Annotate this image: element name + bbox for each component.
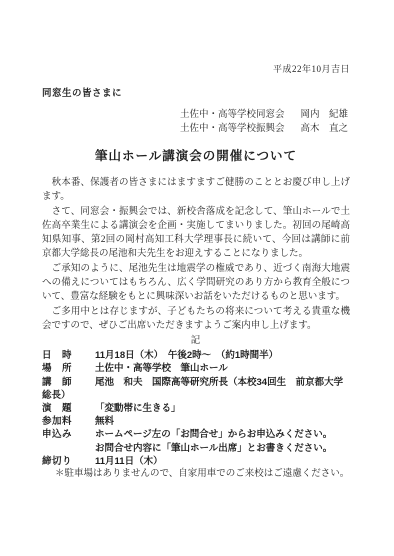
details-section: 日 時 11月18日（木） 午後2時～ （約1時間半） 場 所 土佐中・高等学校… bbox=[42, 349, 350, 468]
detail-value: 土佐中・高等学校 筆山ホール bbox=[95, 362, 350, 375]
salutation: 同窓生の皆さまに bbox=[42, 85, 350, 99]
sender-name: 高木 直之 bbox=[301, 122, 349, 136]
detail-value: 「変動帯に生きる」 bbox=[95, 402, 350, 415]
detail-row-place: 場 所 土佐中・高等学校 筆山ホール bbox=[42, 362, 350, 375]
paragraph: さて、同窓会・振興会では、新校舎落成を記念して、筆山ホールで土佐高卒業生による講… bbox=[42, 205, 350, 262]
detail-label: 参加料 bbox=[42, 415, 95, 428]
detail-value: 無料 bbox=[95, 415, 350, 428]
detail-row-fee: 参加料 無料 bbox=[42, 415, 350, 428]
sender-org: 土佐中・高等学校同窓会 bbox=[180, 108, 285, 122]
detail-label: 講 師 bbox=[42, 376, 95, 389]
document-page: 平成22年10月吉日 同窓生の皆さまに 土佐中・高等学校同窓会 岡内 紀雄 土佐… bbox=[0, 0, 394, 556]
paragraph: ご多用中とは存じますが、子どもたちの将来について考える貴重な機会ですので、ぜひご… bbox=[42, 305, 350, 334]
sender-line: 土佐中・高等学校振興会 高木 直之 bbox=[180, 122, 350, 136]
document-title: 筆山ホール講演会の開催について bbox=[42, 146, 350, 164]
document-date: 平成22年10月吉日 bbox=[42, 62, 350, 75]
detail-value: ホームページ左の「お問合せ」からお申込みください。 お問合せ内容に「筆山ホール出… bbox=[95, 428, 350, 454]
sender-line: 土佐中・高等学校同窓会 岡内 紀雄 bbox=[180, 108, 350, 122]
detail-value: 11月11日（木） bbox=[95, 455, 350, 468]
detail-label: 締切り bbox=[42, 455, 95, 468]
detail-label: 日 時 bbox=[42, 349, 95, 362]
parking-note: ＊駐車場はありませんので、自家用車でのご来校はご遠慮ください。 bbox=[42, 468, 350, 482]
paragraph: ご承知のように、尾池先生は地震学の権威であり、近づく南海大地震への備えについては… bbox=[42, 262, 350, 305]
detail-row-lecturer: 講 師尾池 和夫 国際高等研究所長（本校34回生 前京都大学総長） bbox=[42, 376, 350, 402]
detail-value-line: ホームページ左の「お問合せ」からお申込みください。 bbox=[95, 428, 350, 441]
detail-row-datetime: 日 時 11月18日（木） 午後2時～ （約1時間半） bbox=[42, 349, 350, 362]
record-marker: 記 bbox=[42, 334, 350, 348]
sender-name: 岡内 紀雄 bbox=[301, 108, 349, 122]
sender-org: 土佐中・高等学校振興会 bbox=[180, 122, 285, 136]
body-text: 秋本番、保護者の皆さまにはますますご健勝のこととお慶び申し上げます。 さて、同窓… bbox=[42, 176, 350, 333]
detail-label: 申込み bbox=[42, 428, 95, 454]
detail-row-application: 申込み ホームページ左の「お問合せ」からお申込みください。 お問合せ内容に「筆山… bbox=[42, 428, 350, 454]
detail-row-topic: 演 題 「変動帯に生きる」 bbox=[42, 402, 350, 415]
paragraph: 秋本番、保護者の皆さまにはますますご健勝のこととお慶び申し上げます。 bbox=[42, 176, 350, 205]
detail-value: 11月18日（木） 午後2時～ （約1時間半） bbox=[95, 349, 350, 362]
detail-row-deadline: 締切り 11月11日（木） bbox=[42, 455, 350, 468]
sender-block: 土佐中・高等学校同窓会 岡内 紀雄 土佐中・高等学校振興会 高木 直之 bbox=[180, 108, 350, 136]
detail-label: 場 所 bbox=[42, 362, 95, 375]
detail-value-line: お問合せ内容に「筆山ホール出席」とお書きください。 bbox=[95, 442, 350, 455]
detail-label: 演 題 bbox=[42, 402, 95, 415]
